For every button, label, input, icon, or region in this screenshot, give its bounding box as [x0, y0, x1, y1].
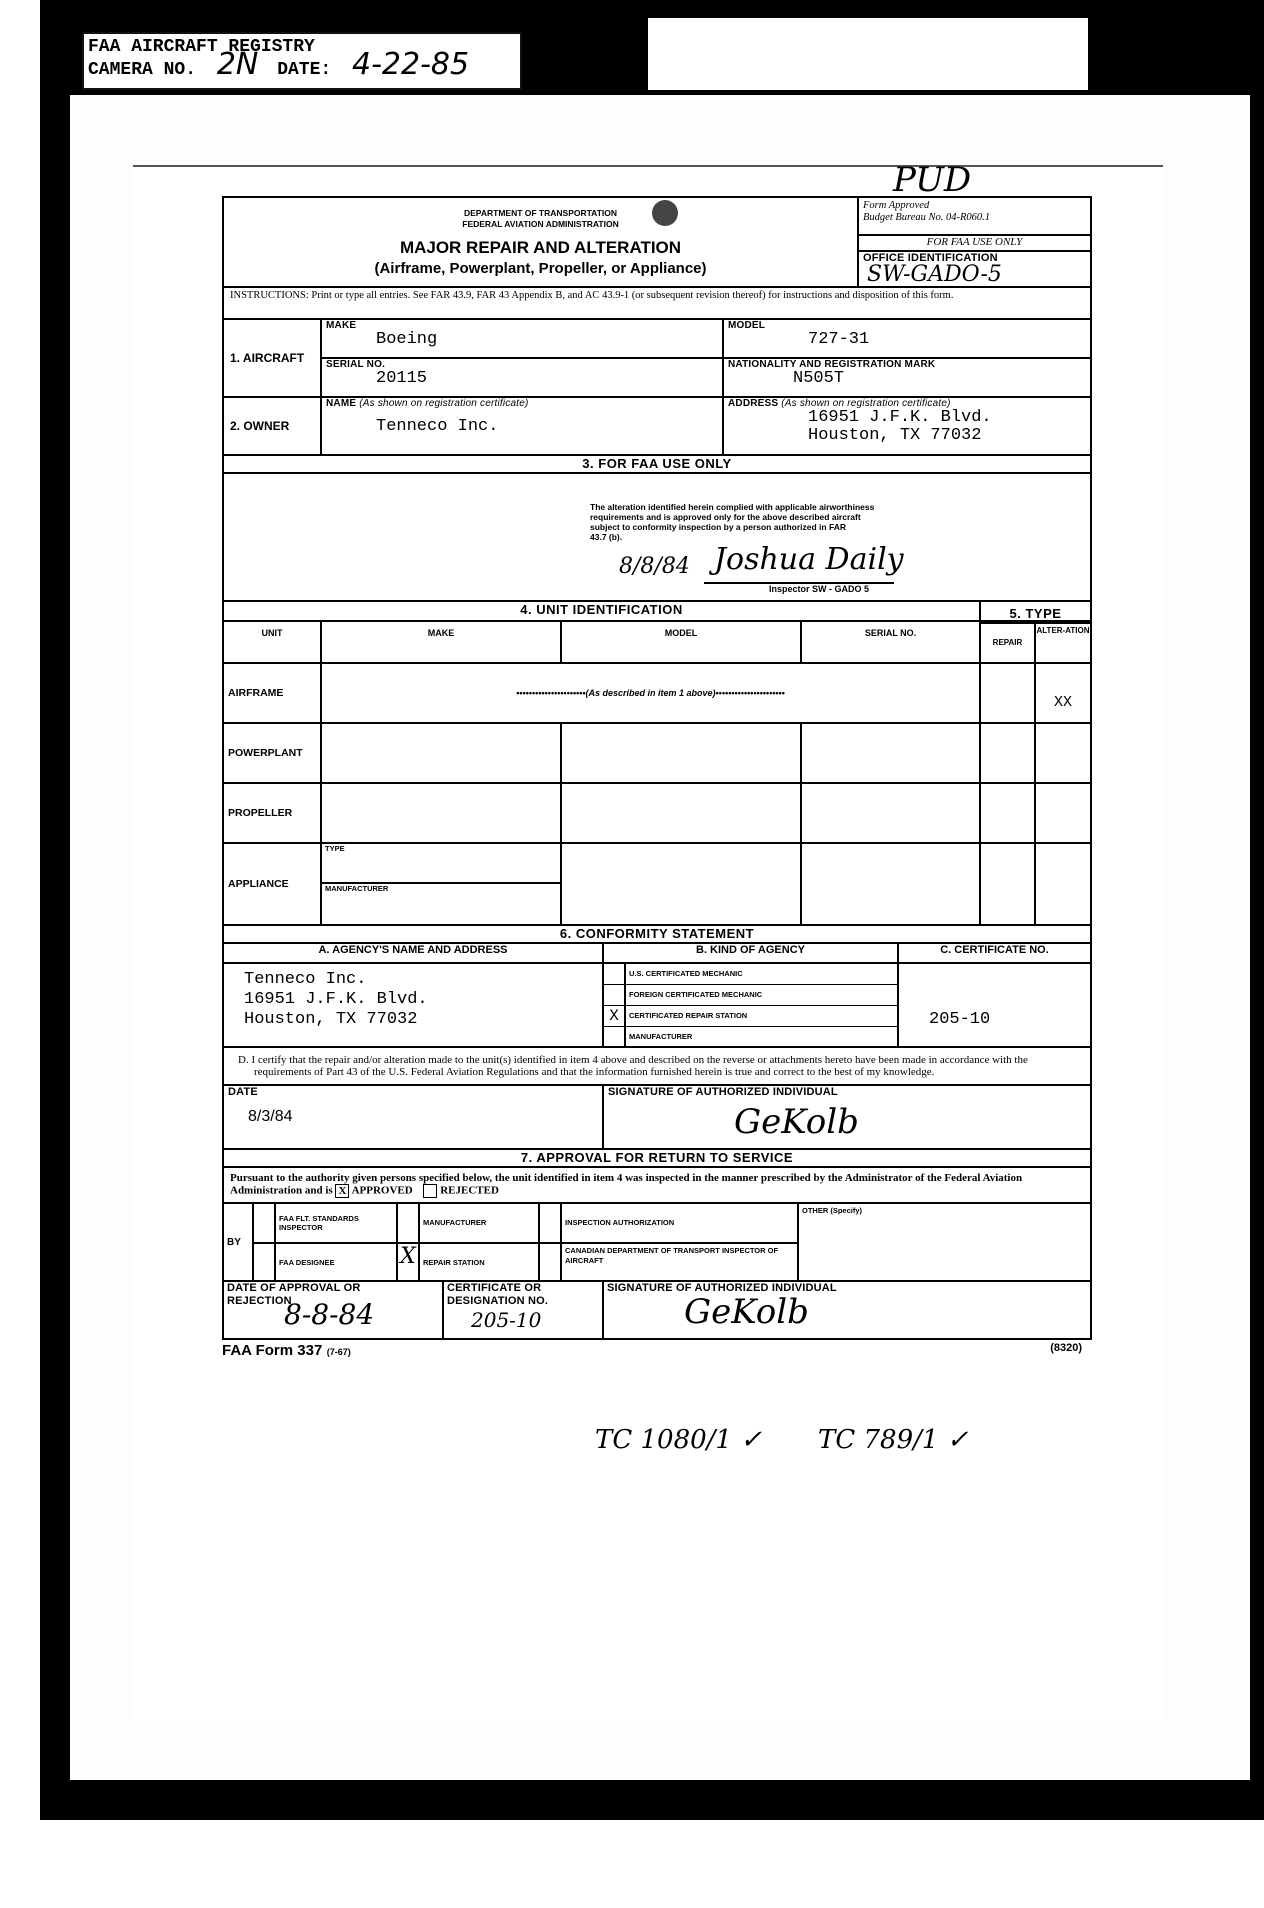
certificate-no-label: C. CERTIFICATE NO.	[899, 944, 1090, 962]
by-label-inspection-auth: INSPECTION AUTHORIZATION	[562, 1204, 797, 1242]
approval-cert-number: 205-10	[471, 1308, 599, 1332]
form-337: DEPARTMENT OF TRANSPORTATION FEDERAL AVI…	[222, 196, 1092, 1360]
inspector-title: Inspector SW - GADO 5	[769, 584, 869, 594]
form-header: DEPARTMENT OF TRANSPORTATION FEDERAL AVI…	[222, 196, 1092, 288]
by-checkbox-canadian-dot[interactable]	[540, 1244, 562, 1280]
conformity-signature-field: SIGNATURE OF AUTHORIZED INDIVIDUAL GeKol…	[604, 1086, 1090, 1148]
unit-powerplant-label: POWERPLANT	[224, 724, 322, 782]
by-checkbox-repair-station[interactable]: X	[398, 1244, 420, 1280]
agency-name: FEDERAL AVIATION ADMINISTRATION	[224, 219, 857, 230]
kind-of-agency-options: U.S. CERTIFICATED MECHANIC FOREIGN CERTI…	[604, 964, 899, 1046]
nationality-label: NATIONALITY AND REGISTRATION MARK	[728, 359, 1086, 370]
approval-by-grid: BY FAA FLT. STANDARDS INSPECTOR MANUFACT…	[224, 1202, 1090, 1280]
stamp-line-3: subject to conformity inspection by a pe…	[590, 522, 970, 532]
handwritten-note-tc789: TC 789/1 ✓	[818, 1425, 968, 1455]
agency-line-2: 16951 J.F.K. Blvd.	[244, 990, 602, 1010]
owner-name: Tenneco Inc.	[376, 417, 718, 436]
conformity-date-label: DATE	[228, 1086, 598, 1098]
col-unit: UNIT	[224, 622, 322, 662]
agency-line-1: Tenneco Inc.	[244, 970, 602, 990]
owner-name-note: (As shown on registration certificate)	[359, 398, 528, 409]
by-checkbox-inspection-auth[interactable]	[540, 1204, 562, 1242]
unit-appliance-label: APPLIANCE	[224, 844, 322, 924]
approval-signature-field: SIGNATURE OF AUTHORIZED INDIVIDUAL GeKol…	[604, 1282, 1090, 1338]
kind-checkbox[interactable]	[604, 985, 626, 1005]
kind-label: CERTIFICATED REPAIR STATION	[626, 1006, 747, 1026]
conformity-date: 8/3/84	[248, 1108, 598, 1126]
owner-address-label: ADDRESS	[728, 398, 778, 409]
unit-id-label: 4. UNIT IDENTIFICATION	[224, 602, 979, 617]
aircraft-model: 727-31	[808, 331, 1086, 349]
form-subtitle: (Airframe, Powerplant, Propeller, or App…	[224, 260, 857, 277]
owner-address-field: ADDRESS (As shown on registration certif…	[724, 398, 1090, 454]
appliance-alteration	[1036, 844, 1090, 924]
approved-label: APPROVED	[352, 1185, 413, 1197]
form-revision: (7-67)	[327, 1347, 351, 1357]
stamp-line-4: 43.7 (b).	[590, 532, 970, 542]
propeller-repair	[981, 784, 1036, 842]
other-specify-label: OTHER (Specify)	[799, 1204, 1090, 1280]
unit-id-header: 4. UNIT IDENTIFICATION	[224, 602, 981, 620]
propeller-make	[322, 784, 562, 842]
type-header: 5. TYPE	[981, 602, 1090, 620]
scan-frame-bottom	[40, 1780, 1264, 1820]
approval-signature: GeKolb	[684, 1292, 809, 1332]
owner-address-line2: Houston, TX 77032	[808, 427, 1086, 445]
conformity-section: A. AGENCY'S NAME AND ADDRESS B. KIND OF …	[222, 944, 1092, 1150]
approval-section-header: 7. APPROVAL FOR RETURN TO SERVICE	[222, 1150, 1092, 1168]
rejected-checkbox[interactable]	[423, 1184, 437, 1198]
powerplant-make	[322, 724, 562, 782]
kind-option-us-mechanic[interactable]: U.S. CERTIFICATED MECHANIC	[604, 964, 897, 985]
kind-option-manufacturer[interactable]: MANUFACTURER	[604, 1027, 897, 1047]
instructions: INSTRUCTIONS: Print or type all entries.…	[222, 288, 1092, 320]
unit-row-propeller: PROPELLER	[224, 784, 1090, 844]
propeller-serial	[802, 784, 981, 842]
kind-of-agency-label: B. KIND OF AGENCY	[604, 944, 899, 962]
unit-propeller-label: PROPELLER	[224, 784, 322, 842]
airframe-alteration: XX	[1036, 664, 1090, 722]
col-serial: SERIAL NO.	[802, 622, 981, 662]
approval-stamp: The alteration identified herein complie…	[590, 502, 970, 542]
approval-signature-label: SIGNATURE OF AUTHORIZED INDIVIDUAL	[607, 1282, 1087, 1294]
faa-inspector-signature: Joshua Daily	[714, 542, 904, 577]
by-checkbox-flt-standards[interactable]	[254, 1204, 276, 1242]
office-id-value: SW-GADO-5	[867, 264, 1086, 286]
type-label: 5. TYPE	[981, 602, 1090, 621]
by-label-manufacturer: MANUFACTURER	[420, 1204, 540, 1242]
handwritten-note-tc1080: TC 1080/1 ✓	[595, 1425, 762, 1455]
by-checkbox-manufacturer[interactable]	[398, 1204, 420, 1242]
appliance-repair	[981, 844, 1036, 924]
kind-label: MANUFACTURER	[626, 1027, 692, 1047]
faa-use-section: The alteration identified herein complie…	[222, 474, 1092, 602]
approval-section: Pursuant to the authority given persons …	[222, 1168, 1092, 1340]
propeller-model	[562, 784, 802, 842]
owner-address-line1: 16951 J.F.K. Blvd.	[808, 409, 1086, 427]
registry-stamp: FAA AIRCRAFT REGISTRY CAMERA NO. 2N DATE…	[82, 32, 522, 90]
kind-checkbox[interactable]	[604, 1027, 626, 1047]
approval-date-field: DATE OF APPROVAL OR REJECTION 8-8-84	[224, 1282, 444, 1338]
airframe-repair	[981, 664, 1036, 722]
dot-seal-icon	[652, 200, 678, 226]
date-label: DATE:	[277, 60, 331, 80]
conformity-section-header: 6. CONFORMITY STATEMENT	[222, 926, 1092, 944]
col-alteration: ALTER-ATION	[1036, 622, 1090, 662]
title-block: DEPARTMENT OF TRANSPORTATION FEDERAL AVI…	[224, 198, 859, 286]
powerplant-model	[562, 724, 802, 782]
faa-use-block: Form Approved Budget Bureau No. 04-R060.…	[859, 198, 1090, 286]
conformity-section-label: 6. CONFORMITY STATEMENT	[224, 926, 1090, 941]
form-footer: FAA Form 337 (7-67) (8320)	[222, 1342, 1092, 1360]
powerplant-repair	[981, 724, 1036, 782]
camera-label: CAMERA NO.	[88, 60, 196, 80]
aircraft-left-fields: MAKE Boeing SERIAL NO. 20115	[322, 320, 724, 396]
approval-statement: Pursuant to the authority given persons …	[224, 1168, 1090, 1202]
airframe-note: ••••••••••••••••••••••(As described in i…	[322, 664, 981, 722]
by-label-faa-designee: FAA DESIGNEE	[276, 1244, 398, 1280]
rejected-label: REJECTED	[440, 1185, 499, 1197]
owner-name-label: NAME	[326, 398, 356, 409]
aircraft-section-label: 1. AIRCRAFT	[224, 320, 322, 396]
faa-use-only-label: FOR FAA USE ONLY	[859, 236, 1090, 252]
registration-mark: N505T	[793, 370, 1086, 388]
unit-row-airframe: AIRFRAME ••••••••••••••••••••••(As descr…	[224, 664, 1090, 724]
unit-table-header: UNIT MAKE MODEL SERIAL NO. REPAIR ALTER-…	[224, 622, 1090, 664]
camera-number: 2N	[217, 47, 259, 82]
kind-checkbox[interactable]	[604, 964, 626, 984]
agency-address-block: Tenneco Inc. 16951 J.F.K. Blvd. Houston,…	[224, 964, 604, 1046]
kind-label: U.S. CERTIFICATED MECHANIC	[626, 964, 743, 984]
department-name: DEPARTMENT OF TRANSPORTATION	[224, 208, 857, 219]
unit-identification-section: 4. UNIT IDENTIFICATION 5. TYPE UNIT MAKE…	[222, 602, 1092, 926]
by-label: BY	[224, 1204, 254, 1280]
conformity-signature-label: SIGNATURE OF AUTHORIZED INDIVIDUAL	[608, 1086, 1086, 1098]
approval-date: 8-8-84	[284, 1298, 374, 1331]
approved-checkbox[interactable]: X	[335, 1184, 349, 1198]
aircraft-serial: 20115	[376, 370, 718, 388]
by-label-canadian-dot: CANADIAN DEPARTMENT OF TRANSPORT INSPECT…	[562, 1244, 797, 1280]
faa-approval-date: 8/8/84	[619, 554, 690, 579]
aircraft-right-fields: MODEL 727-31 NATIONALITY AND REGISTRATIO…	[724, 320, 1090, 396]
initials: PUD	[893, 160, 971, 200]
col-make: MAKE	[322, 622, 562, 662]
approval-cert-label: CERTIFICATE OR DESIGNATION NO.	[447, 1282, 599, 1308]
model-label: MODEL	[728, 320, 1086, 331]
conformity-signature: GeKolb	[734, 1102, 859, 1142]
certification-statement: D. I certify that the repair and/or alte…	[224, 1046, 1090, 1084]
appliance-model	[562, 844, 802, 924]
approval-signoff-row: DATE OF APPROVAL OR REJECTION 8-8-84 CER…	[224, 1280, 1090, 1338]
form-code: (8320)	[1050, 1342, 1092, 1360]
conformity-date-field: DATE 8/3/84	[224, 1086, 604, 1148]
by-label-flt-standards: FAA FLT. STANDARDS INSPECTOR	[276, 1204, 398, 1242]
propeller-alteration	[1036, 784, 1090, 842]
agency-line-3: Houston, TX 77032	[244, 1010, 602, 1030]
budget-bureau-number: Budget Bureau No. 04-R060.1	[863, 212, 1086, 224]
blank-label	[648, 18, 1088, 90]
kind-checkbox[interactable]: X	[604, 1006, 626, 1026]
form-approved: Form Approved	[863, 200, 1086, 212]
owner-name-field: NAME (As shown on registration certifica…	[322, 398, 724, 454]
form-id: FAA Form 337	[222, 1342, 322, 1359]
registry-date: 4-22-85	[352, 47, 469, 82]
by-label-repair-station: REPAIR STATION	[420, 1244, 540, 1280]
approval-cert-field: CERTIFICATE OR DESIGNATION NO. 205-10	[444, 1282, 604, 1338]
appliance-type-manufacturer: TYPE MANUFACTURER	[322, 844, 562, 924]
kind-label: FOREIGN CERTIFICATED MECHANIC	[626, 985, 762, 1005]
appliance-type-label: TYPE	[322, 844, 560, 884]
faa-use-section-label: 3. FOR FAA USE ONLY	[224, 456, 1090, 471]
stamp-line-1: The alteration identified herein complie…	[590, 502, 970, 512]
powerplant-serial	[802, 724, 981, 782]
powerplant-alteration	[1036, 724, 1090, 782]
form-title: MAJOR REPAIR AND ALTERATION	[224, 238, 857, 258]
approval-section-label: 7. APPROVAL FOR RETURN TO SERVICE	[224, 1150, 1090, 1165]
certificate-number: 205-10	[899, 964, 1090, 1046]
stamp-line-2: requirements and is approved only for th…	[590, 512, 970, 522]
agency-name-label: A. AGENCY'S NAME AND ADDRESS	[224, 944, 604, 962]
col-model: MODEL	[562, 622, 802, 662]
col-repair: REPAIR	[981, 622, 1036, 662]
owner-section-label: 2. OWNER	[224, 398, 322, 454]
by-checkbox-faa-designee[interactable]	[254, 1244, 276, 1280]
appliance-serial	[802, 844, 981, 924]
aircraft-section: 1. AIRCRAFT MAKE Boeing SERIAL NO. 20115…	[222, 320, 1092, 398]
scan-frame-right	[1250, 0, 1264, 1820]
owner-section: 2. OWNER NAME (As shown on registration …	[222, 398, 1092, 456]
faa-use-section-header: 3. FOR FAA USE ONLY	[222, 456, 1092, 474]
kind-option-foreign-mechanic[interactable]: FOREIGN CERTIFICATED MECHANIC	[604, 985, 897, 1006]
kind-option-repair-station[interactable]: X CERTIFICATED REPAIR STATION	[604, 1006, 897, 1027]
approval-text: Pursuant to the authority given persons …	[230, 1172, 1022, 1197]
aircraft-make: Boeing	[376, 331, 718, 349]
appliance-manufacturer-label: MANUFACTURER	[322, 884, 560, 893]
unit-row-powerplant: POWERPLANT	[224, 724, 1090, 784]
unit-airframe-label: AIRFRAME	[224, 664, 322, 722]
unit-row-appliance: APPLIANCE TYPE MANUFACTURER	[224, 844, 1090, 924]
